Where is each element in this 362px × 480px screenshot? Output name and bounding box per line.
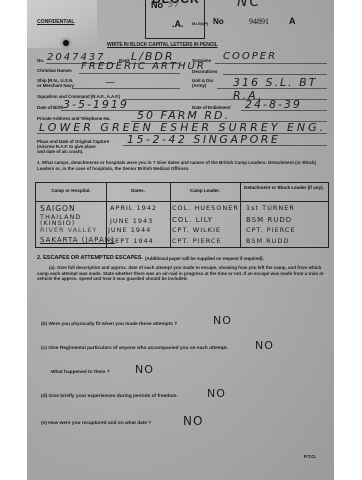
form-suffix: A bbox=[289, 16, 296, 26]
col-header-camp: Camp or Hospital. bbox=[36, 188, 106, 193]
capture-label-3: and date of a/c crash). bbox=[37, 149, 83, 154]
table-cell: APRIL 1942 bbox=[110, 204, 157, 212]
table-cell: CPT. PIERCE bbox=[172, 237, 222, 245]
table-cell: SAIGON bbox=[40, 204, 76, 213]
no-label: No. bbox=[37, 58, 44, 63]
stamp-no-value: 57 bbox=[168, 0, 180, 9]
dob-label: Date of Birth bbox=[37, 105, 63, 110]
section1-question: 1. What camps, detachments or hospitals … bbox=[37, 160, 329, 171]
table-cell: 1st TURNER bbox=[246, 204, 295, 212]
table-cell: SEPT 1944 bbox=[110, 237, 154, 245]
form-no-value: 94891 bbox=[249, 17, 269, 26]
ship-label-2: or Merchant Navy bbox=[37, 83, 74, 88]
table-cell: CPT. PIERCE bbox=[246, 226, 296, 234]
table-cell: SAKARTA (JAPAN) bbox=[40, 236, 115, 244]
form-code: M.I.9(AP) bbox=[192, 21, 208, 26]
table-cell: COL. LILY bbox=[172, 216, 213, 224]
stamp-no-label: No bbox=[151, 0, 163, 10]
table-cell: THAILAND (KINSIO) bbox=[40, 214, 102, 226]
question-c: (c) Give Regimental particulars of anyon… bbox=[41, 346, 228, 351]
section2-note: (Additional paper will be supplied on re… bbox=[145, 256, 264, 261]
surname-value: COOPER bbox=[223, 51, 277, 62]
table-cell: BSM RUDD bbox=[246, 237, 289, 245]
confidential-label: CONFIDENTIAL bbox=[37, 19, 74, 25]
answer-b: NO bbox=[213, 314, 232, 327]
punch-hole bbox=[63, 40, 69, 46]
table-cell: JUNE 1943 bbox=[110, 217, 153, 225]
stamp-letter: .A. bbox=[172, 19, 184, 29]
table-cell: RIVER VALLEY bbox=[40, 226, 97, 234]
answer-c: NO bbox=[255, 339, 274, 352]
decorations-label: Decorations bbox=[192, 69, 217, 74]
col-header-block-leader: Detachment or Block Leader (if any). bbox=[242, 185, 326, 190]
question-b: (b) Were you physically fit when you mad… bbox=[41, 322, 177, 327]
answer-e: NO bbox=[183, 414, 203, 428]
ship-value: — bbox=[105, 77, 117, 88]
table-cell: COL. HUESONER bbox=[172, 204, 239, 212]
questionnaire-page: CONFIDENTIAL BLOCK No 57 .A. NC M.I.9(AP… bbox=[27, 0, 334, 480]
form-no-label: No bbox=[213, 17, 224, 26]
pto-label: P.T.O. bbox=[304, 455, 316, 460]
camps-table: Camp or Hospital. Dates. Camp Leader. De… bbox=[35, 182, 329, 248]
question-c-followup: What happened to them ? bbox=[51, 370, 110, 375]
table-cell: JUNE 1944 bbox=[108, 226, 151, 234]
table-cell: CPT. WILKIE bbox=[172, 226, 221, 234]
handwritten-top-note: NC bbox=[237, 0, 261, 10]
col-header-camp-leader: Camp Leader. bbox=[170, 188, 240, 193]
answer-d: NO bbox=[207, 387, 226, 400]
col-header-dates: Dates. bbox=[106, 188, 170, 193]
question-e: (e) How were you recaptured and on what … bbox=[41, 421, 151, 426]
question-d: (d) Give briefly your experiences during… bbox=[41, 394, 178, 399]
table-cell: BSM RUDD bbox=[246, 216, 292, 224]
christian-names-value: FREDERIC ARTHUR bbox=[81, 61, 206, 72]
christian-names-label: Christian Names bbox=[37, 68, 72, 73]
section2-title: 2. ESCAPES OR ATTEMPTED ESCAPES. bbox=[37, 255, 143, 261]
instruction-heading: WRITE IN BLOCK CAPITAL LETTERS IN PENCIL bbox=[107, 42, 218, 48]
unit-label-2: (Army) bbox=[192, 83, 206, 88]
question-a: (a). Give full description and approx. d… bbox=[37, 265, 329, 282]
block-stamp: BLOCK No 57 .A. bbox=[145, 0, 205, 39]
answer-c-followup: NO bbox=[135, 363, 154, 376]
